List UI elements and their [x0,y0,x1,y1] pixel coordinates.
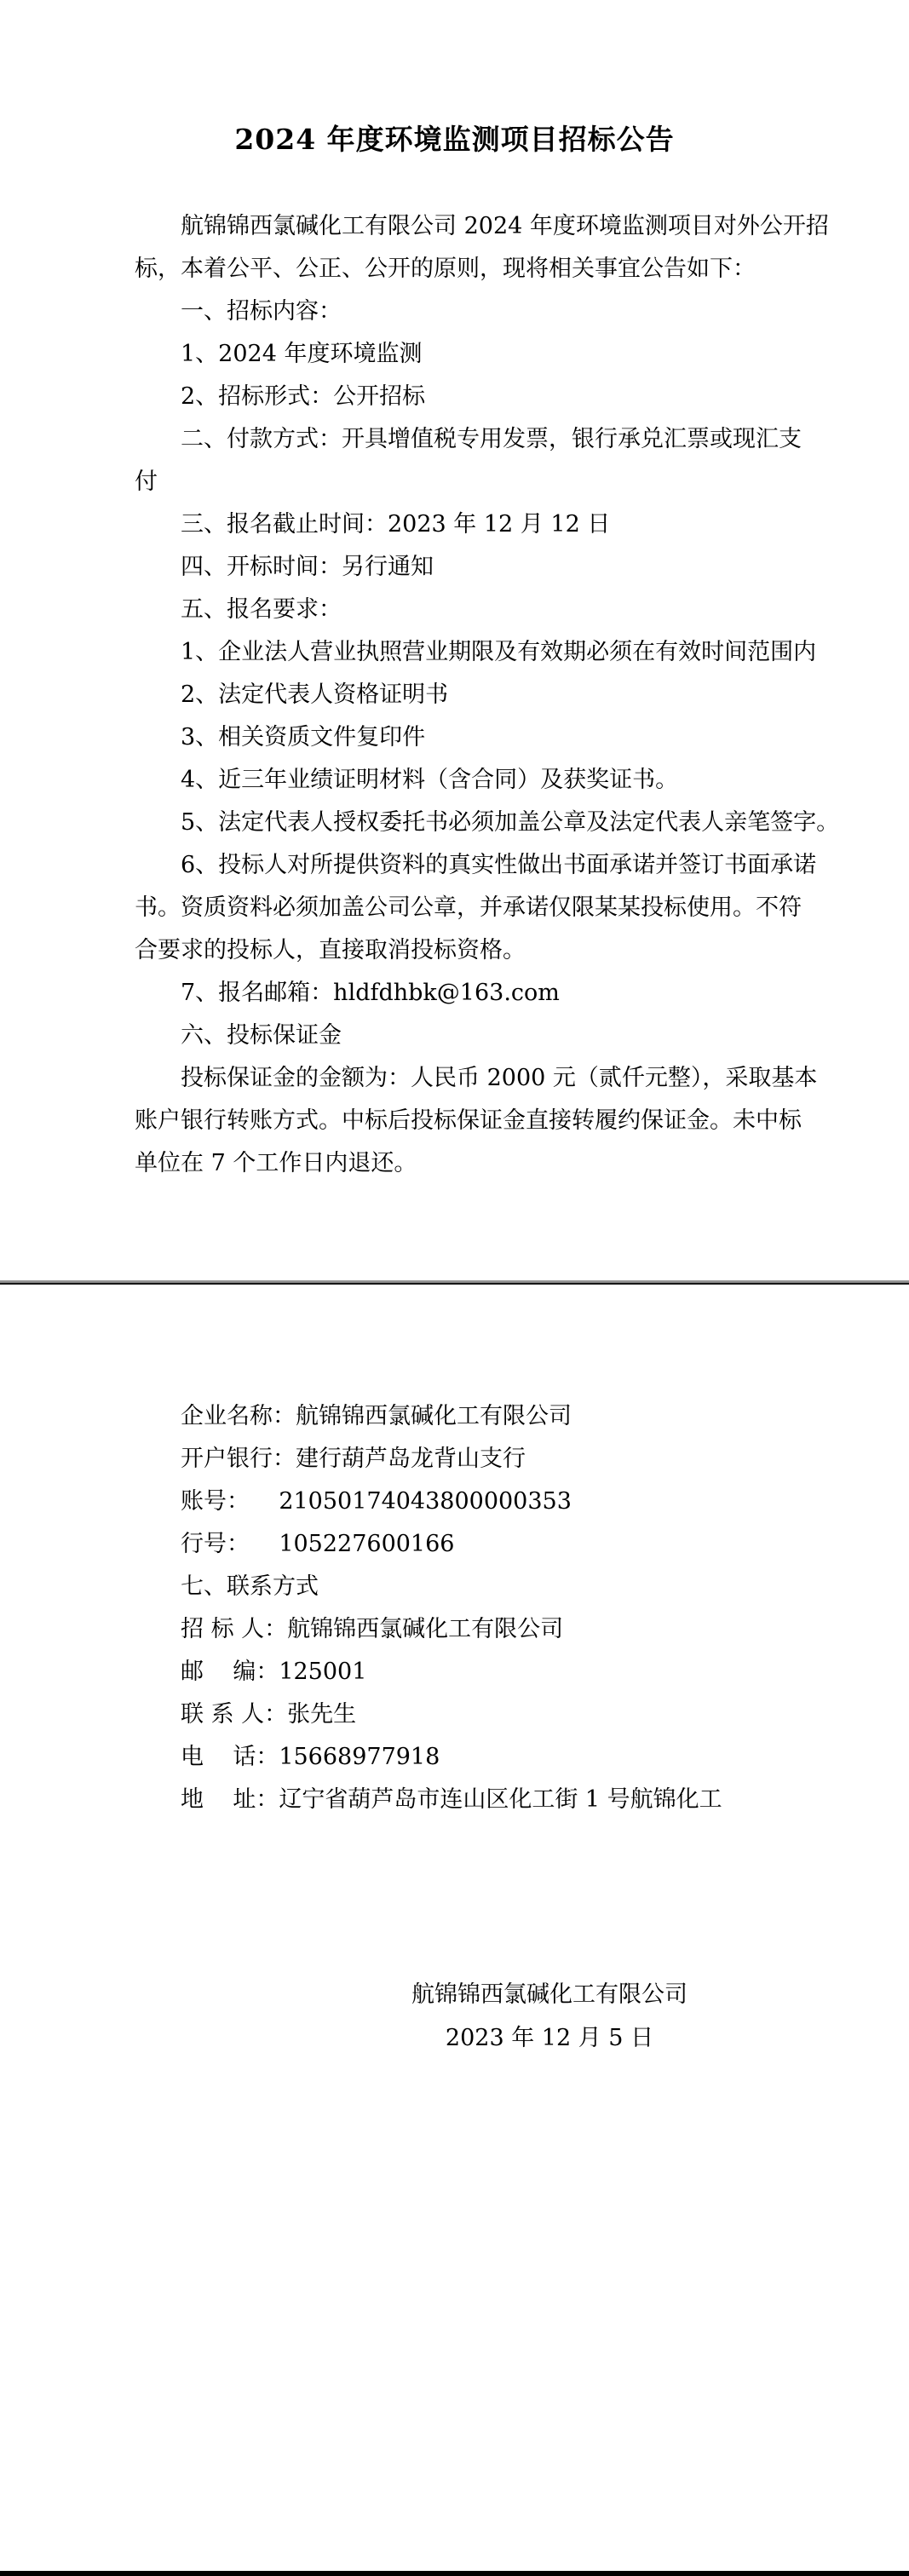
doc-line: 电 话：15668977918 [135,1736,781,1779]
doc-line: 六、投标保证金 [135,1015,781,1057]
doc-line: 1、企业法人营业执照营业期限及有效期必须在有效时间范围内 [135,631,781,674]
doc-line: 五、报名要求： [135,589,781,631]
doc-line: 地 址：辽宁省葫芦岛市连山区化工街 1 号航锦化工 [135,1779,781,1821]
doc-line: 账户银行转账方式。中标后投标保证金直接转履约保证金。未中标 [135,1100,781,1142]
doc-line: 2、法定代表人资格证明书 [135,674,781,716]
signature-date: 2023 年 12 月 5 日 [328,2016,771,2060]
doc-line: 5、法定代表人授权委托书必须加盖公章及法定代表人亲笔签字。 [135,802,781,844]
tender-announcement-page: 2024 年度环境监测项目招标公告 航锦锦西氯碱化工有限公司 2024 年度环境… [0,0,909,2576]
doc-line: 投标保证金的金额为：人民币 2000 元（贰仟元整），采取基本 [135,1057,781,1100]
doc-line: 行号： 105227600166 [135,1523,781,1566]
page-break-divider [0,1280,909,1285]
page-title: 2024 年度环境监测项目招标公告 [0,0,909,158]
doc-line: 三、报名截止时间：2023 年 12 月 12 日 [135,503,781,546]
doc-line: 企业名称：航锦锦西氯碱化工有限公司 [135,1395,781,1438]
doc-line: 招 标 人：航锦锦西氯碱化工有限公司 [135,1608,781,1651]
signature-block: 航锦锦西氯碱化工有限公司 2023 年 12 月 5 日 [328,1973,771,2060]
doc-line: 6、投标人对所提供资料的真实性做出书面承诺并签订书面承诺 [135,844,781,887]
doc-line: 二、付款方式：开具增值税专用发票，银行承兑汇票或现汇支 [135,418,781,461]
announcement-body-page1: 航锦锦西氯碱化工有限公司 2024 年度环境监测项目对外公开招 标，本着公平、公… [135,205,781,1185]
doc-line: 4、近三年业绩证明材料（含合同）及获奖证书。 [135,759,781,802]
announcement-body-page2: 企业名称：航锦锦西氯碱化工有限公司 开户银行：建行葫芦岛龙背山支行 账号： 21… [135,1395,781,1821]
doc-line: 单位在 7 个工作日内退还。 [135,1142,781,1185]
doc-line: 7、报名邮箱：hldfdhbk@163.com [135,972,781,1015]
doc-line: 书。资质资料必须加盖公司公章，并承诺仅限某某投标使用。不符 [135,887,781,929]
doc-line: 3、相关资质文件复印件 [135,716,781,759]
doc-line: 航锦锦西氯碱化工有限公司 2024 年度环境监测项目对外公开招 [135,205,781,248]
doc-line: 开户银行：建行葫芦岛龙背山支行 [135,1438,781,1481]
doc-line: 账号： 21050174043800000353 [135,1481,781,1523]
doc-line: 付 [135,461,781,503]
doc-line: 联 系 人：张先生 [135,1693,781,1736]
doc-line: 一、招标内容： [135,290,781,333]
doc-line: 标，本着公平、公正、公开的原则，现将相关事宜公告如下： [135,248,781,290]
doc-line: 合要求的投标人，直接取消投标资格。 [135,929,781,972]
signature-company: 航锦锦西氯碱化工有限公司 [328,1973,771,2016]
doc-line: 七、联系方式 [135,1566,781,1608]
doc-line: 1、2024 年度环境监测 [135,333,781,376]
bottom-border [0,2571,909,2576]
doc-line: 邮 编：125001 [135,1651,781,1693]
doc-line: 2、招标形式：公开招标 [135,376,781,418]
doc-line: 四、开标时间：另行通知 [135,546,781,589]
